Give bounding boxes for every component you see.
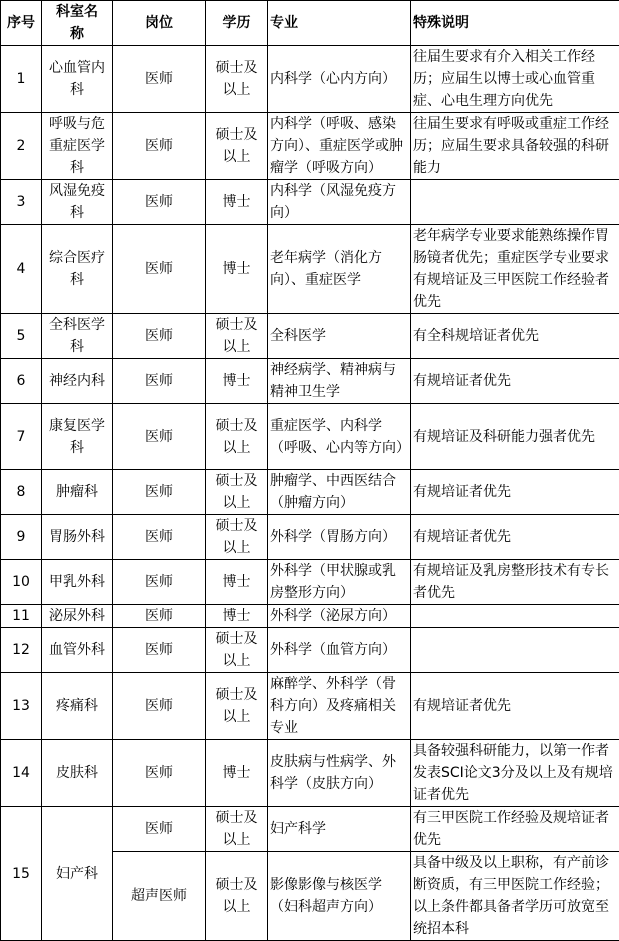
cell-notes: 有规培证者优先 bbox=[411, 673, 619, 740]
cell-major: 妇产科学 bbox=[268, 807, 411, 852]
cell-notes: 往届生要求有呼吸或重症工作经历；应届生要求具备较强的科研能力 bbox=[411, 113, 619, 180]
cell-index: 8 bbox=[1, 470, 42, 515]
header-major: 专业 bbox=[268, 1, 411, 46]
cell-major: 麻醉学、外科学（骨科方向）及疼痛相关专业 bbox=[268, 673, 411, 740]
cell-education: 硕士及以上 bbox=[206, 113, 268, 180]
table-row: 5 全科医学科 医师 硕士及以上 全科医学 有全科规培证者优先 bbox=[1, 314, 619, 359]
cell-position: 医师 bbox=[113, 515, 206, 560]
cell-index: 12 bbox=[1, 628, 42, 673]
cell-position: 医师 bbox=[113, 605, 206, 628]
cell-major: 神经病学、精神病与精神卫生学 bbox=[268, 359, 411, 404]
cell-department: 肿瘤科 bbox=[42, 470, 113, 515]
cell-position: 超声医师 bbox=[113, 852, 206, 926]
cell-position: 医师 bbox=[113, 740, 206, 807]
cell-notes: 具备中级及以上职称，有产前诊断资质，有三甲医院工作经验；以上条件都具备者学历可放… bbox=[411, 852, 619, 926]
header-position: 岗位 bbox=[113, 1, 206, 46]
cell-education: 博士 bbox=[206, 180, 268, 225]
cell-index: 14 bbox=[1, 740, 42, 807]
table-row: 10 甲乳外科 医师 博士 外科学（甲状腺或乳房整形方向） 有规培证及乳房整形技… bbox=[1, 560, 619, 605]
cell-position: 医师 bbox=[113, 113, 206, 180]
cell-department: 胃肠外科 bbox=[42, 515, 113, 560]
cell-major: 内科学（呼吸、感染方向）、重症医学或肿瘤学（呼吸方向） bbox=[268, 113, 411, 180]
cell-major: 外科学（泌尿方向） bbox=[268, 605, 411, 628]
cell-department: 综合医疗科 bbox=[42, 225, 113, 314]
cell-education: 博士 bbox=[206, 225, 268, 314]
cell-position: 医师 bbox=[113, 404, 206, 470]
cell-index: 7 bbox=[1, 404, 42, 470]
cell-notes: 有全科规培证者优先 bbox=[411, 314, 619, 359]
table-row: 9 胃肠外科 医师 硕士及以上 外科学（胃肠方向） 有规培证者优先 bbox=[1, 515, 619, 560]
recruitment-table: 序号 科室名称 岗位 学历 专业 特殊说明 1 心血管内科 医师 硕士及以上 内… bbox=[0, 0, 619, 925]
cell-notes bbox=[411, 180, 619, 225]
cell-department: 皮肤科 bbox=[42, 740, 113, 807]
cell-major: 皮肤病与性病学、外科学（皮肤方向） bbox=[268, 740, 411, 807]
cell-education: 博士 bbox=[206, 605, 268, 628]
cell-index: 9 bbox=[1, 515, 42, 560]
cell-major: 内科学（心内方向） bbox=[268, 46, 411, 113]
cell-index: 10 bbox=[1, 560, 42, 605]
cell-major: 外科学（甲状腺或乳房整形方向） bbox=[268, 560, 411, 605]
cell-major: 重症医学、内科学（呼吸、心内等方向） bbox=[268, 404, 411, 470]
cell-index: 1 bbox=[1, 46, 42, 113]
table-row: 15 妇产科 医师 硕士及以上 妇产科学 有三甲医院工作经验及规培证者优先 bbox=[1, 807, 619, 852]
table-row: 11 泌尿外科 医师 博士 外科学（泌尿方向） bbox=[1, 605, 619, 628]
cell-index: 13 bbox=[1, 673, 42, 740]
table-row: 1 心血管内科 医师 硕士及以上 内科学（心内方向） 往届生要求有介入相关工作经… bbox=[1, 46, 619, 113]
cell-department: 血管外科 bbox=[42, 628, 113, 673]
cell-education: 硕士及以上 bbox=[206, 628, 268, 673]
table-row: 12 血管外科 医师 硕士及以上 外科学（血管方向） bbox=[1, 628, 619, 673]
header-education: 学历 bbox=[206, 1, 268, 46]
cell-position: 医师 bbox=[113, 807, 206, 852]
cell-position: 医师 bbox=[113, 314, 206, 359]
cell-education: 硕士及以上 bbox=[206, 470, 268, 515]
table-row: 14 皮肤科 医师 博士 皮肤病与性病学、外科学（皮肤方向） 具备较强科研能力，… bbox=[1, 740, 619, 807]
cell-department: 呼吸与危重症医学科 bbox=[42, 113, 113, 180]
cell-department: 全科医学科 bbox=[42, 314, 113, 359]
cell-index: 6 bbox=[1, 359, 42, 404]
cell-department: 疼痛科 bbox=[42, 673, 113, 740]
cell-index: 4 bbox=[1, 225, 42, 314]
cell-notes: 有规培证及科研能力强者优先 bbox=[411, 404, 619, 470]
cell-department: 妇产科 bbox=[42, 807, 113, 926]
cell-index: 11 bbox=[1, 605, 42, 628]
cell-position: 医师 bbox=[113, 628, 206, 673]
cell-notes: 具备较强科研能力，以第一作者发表SCI论文3分及以上及有规培证者优先 bbox=[411, 740, 619, 807]
cell-notes bbox=[411, 628, 619, 673]
cell-major: 全科医学 bbox=[268, 314, 411, 359]
cell-major: 老年病学（消化方向）、重症医学 bbox=[268, 225, 411, 314]
cell-education: 硕士及以上 bbox=[206, 314, 268, 359]
cell-department: 心血管内科 bbox=[42, 46, 113, 113]
cell-notes: 有规培证者优先 bbox=[411, 359, 619, 404]
header-row: 序号 科室名称 岗位 学历 专业 特殊说明 bbox=[1, 1, 619, 46]
cell-index: 15 bbox=[1, 807, 42, 926]
cell-education: 硕士及以上 bbox=[206, 46, 268, 113]
cell-position: 医师 bbox=[113, 46, 206, 113]
table-row: 3 风湿免疫科 医师 博士 内科学（风湿免疫方向） bbox=[1, 180, 619, 225]
cell-position: 医师 bbox=[113, 470, 206, 515]
header-department: 科室名称 bbox=[42, 1, 113, 46]
cell-notes: 老年病学专业要求能熟练操作胃肠镜者优先；重症医学专业要求有规培证及三甲医院工作经… bbox=[411, 225, 619, 314]
cell-position: 医师 bbox=[113, 673, 206, 740]
cell-notes: 有规培证者优先 bbox=[411, 470, 619, 515]
cell-education: 硕士及以上 bbox=[206, 852, 268, 926]
cell-major: 内科学（风湿免疫方向） bbox=[268, 180, 411, 225]
cell-major: 影像影像与核医学（妇科超声方向） bbox=[268, 852, 411, 926]
cell-department: 风湿免疫科 bbox=[42, 180, 113, 225]
cell-notes: 有三甲医院工作经验及规培证者优先 bbox=[411, 807, 619, 852]
cell-index: 2 bbox=[1, 113, 42, 180]
cell-position: 医师 bbox=[113, 180, 206, 225]
table-row: 6 神经内科 医师 博士 神经病学、精神病与精神卫生学 有规培证者优先 bbox=[1, 359, 619, 404]
cell-education: 硕士及以上 bbox=[206, 515, 268, 560]
cell-major: 外科学（血管方向） bbox=[268, 628, 411, 673]
cell-index: 3 bbox=[1, 180, 42, 225]
cell-position: 医师 bbox=[113, 560, 206, 605]
header-index: 序号 bbox=[1, 1, 42, 46]
table-row: 2 呼吸与危重症医学科 医师 硕士及以上 内科学（呼吸、感染方向）、重症医学或肿… bbox=[1, 113, 619, 180]
header-notes: 特殊说明 bbox=[411, 1, 619, 46]
cell-department: 泌尿外科 bbox=[42, 605, 113, 628]
cell-notes: 有规培证及乳房整形技术有专长者优先 bbox=[411, 560, 619, 605]
cell-education: 硕士及以上 bbox=[206, 673, 268, 740]
cell-notes: 有规培证者优先 bbox=[411, 515, 619, 560]
table-row: 13 疼痛科 医师 硕士及以上 麻醉学、外科学（骨科方向）及疼痛相关专业 有规培… bbox=[1, 673, 619, 740]
cell-notes: 往届生要求有介入相关工作经历；应届生以博士或心血管重症、心电生理方向优先 bbox=[411, 46, 619, 113]
cell-education: 博士 bbox=[206, 359, 268, 404]
cell-major: 外科学（胃肠方向） bbox=[268, 515, 411, 560]
cell-education: 硕士及以上 bbox=[206, 404, 268, 470]
table-row: 4 综合医疗科 医师 博士 老年病学（消化方向）、重症医学 老年病学专业要求能熟… bbox=[1, 225, 619, 314]
cell-position: 医师 bbox=[113, 225, 206, 314]
cell-department: 神经内科 bbox=[42, 359, 113, 404]
table-row: 7 康复医学科 医师 硕士及以上 重症医学、内科学（呼吸、心内等方向） 有规培证… bbox=[1, 404, 619, 470]
cell-education: 博士 bbox=[206, 740, 268, 807]
cell-notes bbox=[411, 605, 619, 628]
cell-index: 5 bbox=[1, 314, 42, 359]
cell-department: 康复医学科 bbox=[42, 404, 113, 470]
cell-department: 甲乳外科 bbox=[42, 560, 113, 605]
cell-education: 博士 bbox=[206, 560, 268, 605]
cell-position: 医师 bbox=[113, 359, 206, 404]
cell-major: 肿瘤学、中西医结合（肿瘤方向） bbox=[268, 470, 411, 515]
table-row: 8 肿瘤科 医师 硕士及以上 肿瘤学、中西医结合（肿瘤方向） 有规培证者优先 bbox=[1, 470, 619, 515]
cell-education: 硕士及以上 bbox=[206, 807, 268, 852]
